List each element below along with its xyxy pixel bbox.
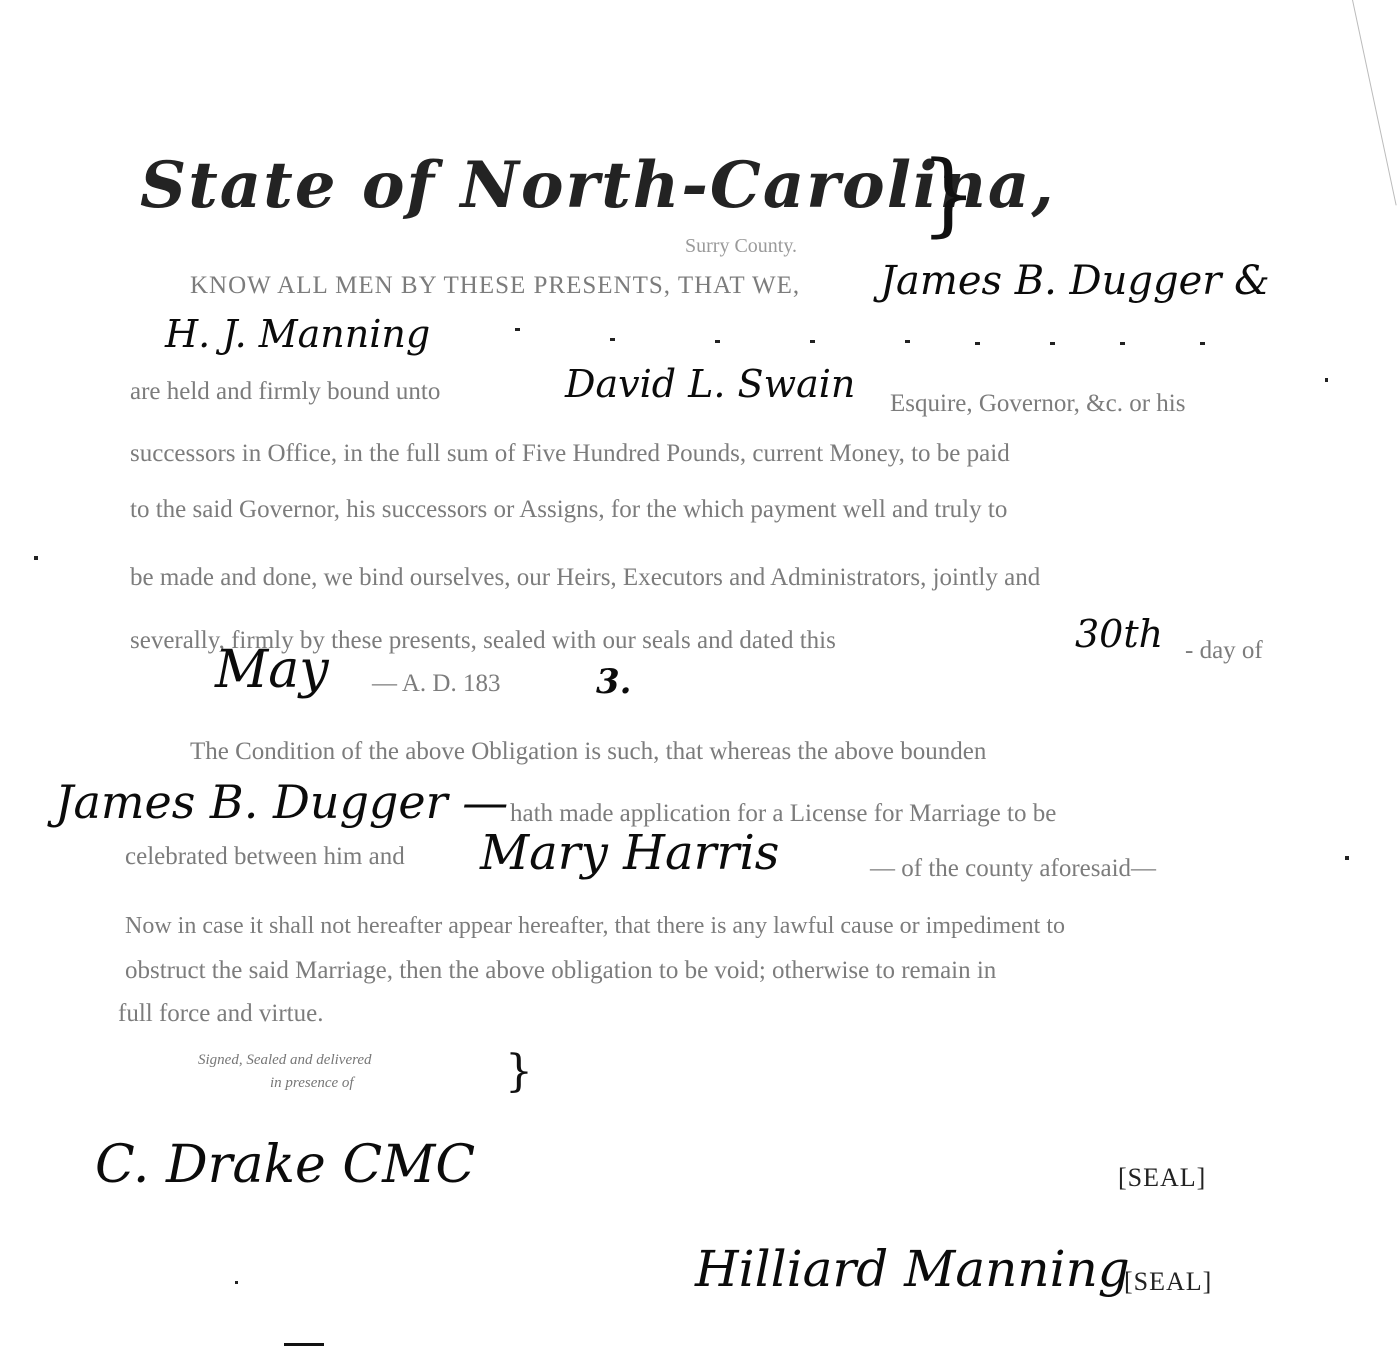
printed-celebrated-between: celebrated between him and [125,843,405,871]
county-line: Surry County. [685,235,797,258]
printed-know-all-men: KNOW ALL MEN BY THESE PRESENTS, THAT WE, [190,272,800,300]
scanned-document-page: State of North-Carolina, } Surry County.… [0,0,1400,1347]
printed-full-force: full force and virtue. [118,1000,323,1028]
scan-speck [1325,378,1328,382]
seal-label-2: [SEAL] [1124,1267,1212,1297]
printed-held-bound: are held and firmly bound unto [130,378,440,406]
printed-of-county: — of the county aforesaid— [870,855,1156,883]
printed-bind-ourselves: be made and done, we bind ourselves, our… [130,564,1040,592]
handwritten-bride-name: Mary Harris [480,825,779,881]
leader-dot [905,340,910,343]
seal-label-1: [SEAL] [1118,1163,1206,1193]
leader-dot [975,342,980,345]
handwritten-principal-name: James B. Dugger & [880,258,1270,304]
signature-clerk: C. Drake CMC [95,1135,475,1195]
leader-dot [610,338,615,341]
printed-esquire-governor: Esquire, Governor, &c. or his [890,390,1185,418]
printed-condition: The Condition of the above Obligation is… [190,738,986,766]
handwritten-governor-name: David L. Swain [565,362,855,406]
leader-dot [515,328,520,331]
witness-line-2: in presence of [270,1075,354,1092]
signature-principal: Hilliard Manning [695,1240,1130,1298]
handwritten-applicant-name: James B. Dugger — [55,775,508,829]
printed-day-of: - day of [1185,637,1263,665]
document-title: State of North-Carolina, [140,148,1056,223]
printed-lawful-cause: Now in case it shall not hereafter appea… [125,913,1065,940]
leader-dot [1200,342,1205,345]
printed-year: — A. D. 183 [372,670,500,698]
scan-speck [1345,856,1349,860]
scan-speck [235,1281,238,1284]
printed-said-governor: to the said Governor, his successors or … [130,496,1007,524]
handwritten-day: 30th [1075,612,1163,656]
witness-line-1: Signed, Sealed and delivered [198,1052,372,1069]
leader-dot [810,340,815,343]
scan-speck [34,556,38,560]
leader-dot [1050,342,1055,345]
printed-application-license: hath made application for a License for … [510,800,1056,828]
scan-speck [284,1343,324,1346]
county-brace: } [920,150,977,240]
printed-obstruct: obstruct the said Marriage, then the abo… [125,957,996,985]
leader-dot [1120,342,1125,345]
handwritten-month: May [215,640,329,700]
scan-edge-artifact [1352,0,1397,205]
handwritten-surety-name: H. J. Manning [165,312,430,356]
leader-dot [715,340,720,343]
printed-full-sum: successors in Office, in the full sum of… [130,440,1010,468]
witness-brace: } [505,1050,533,1094]
handwritten-year-digit: 3. [596,662,632,702]
